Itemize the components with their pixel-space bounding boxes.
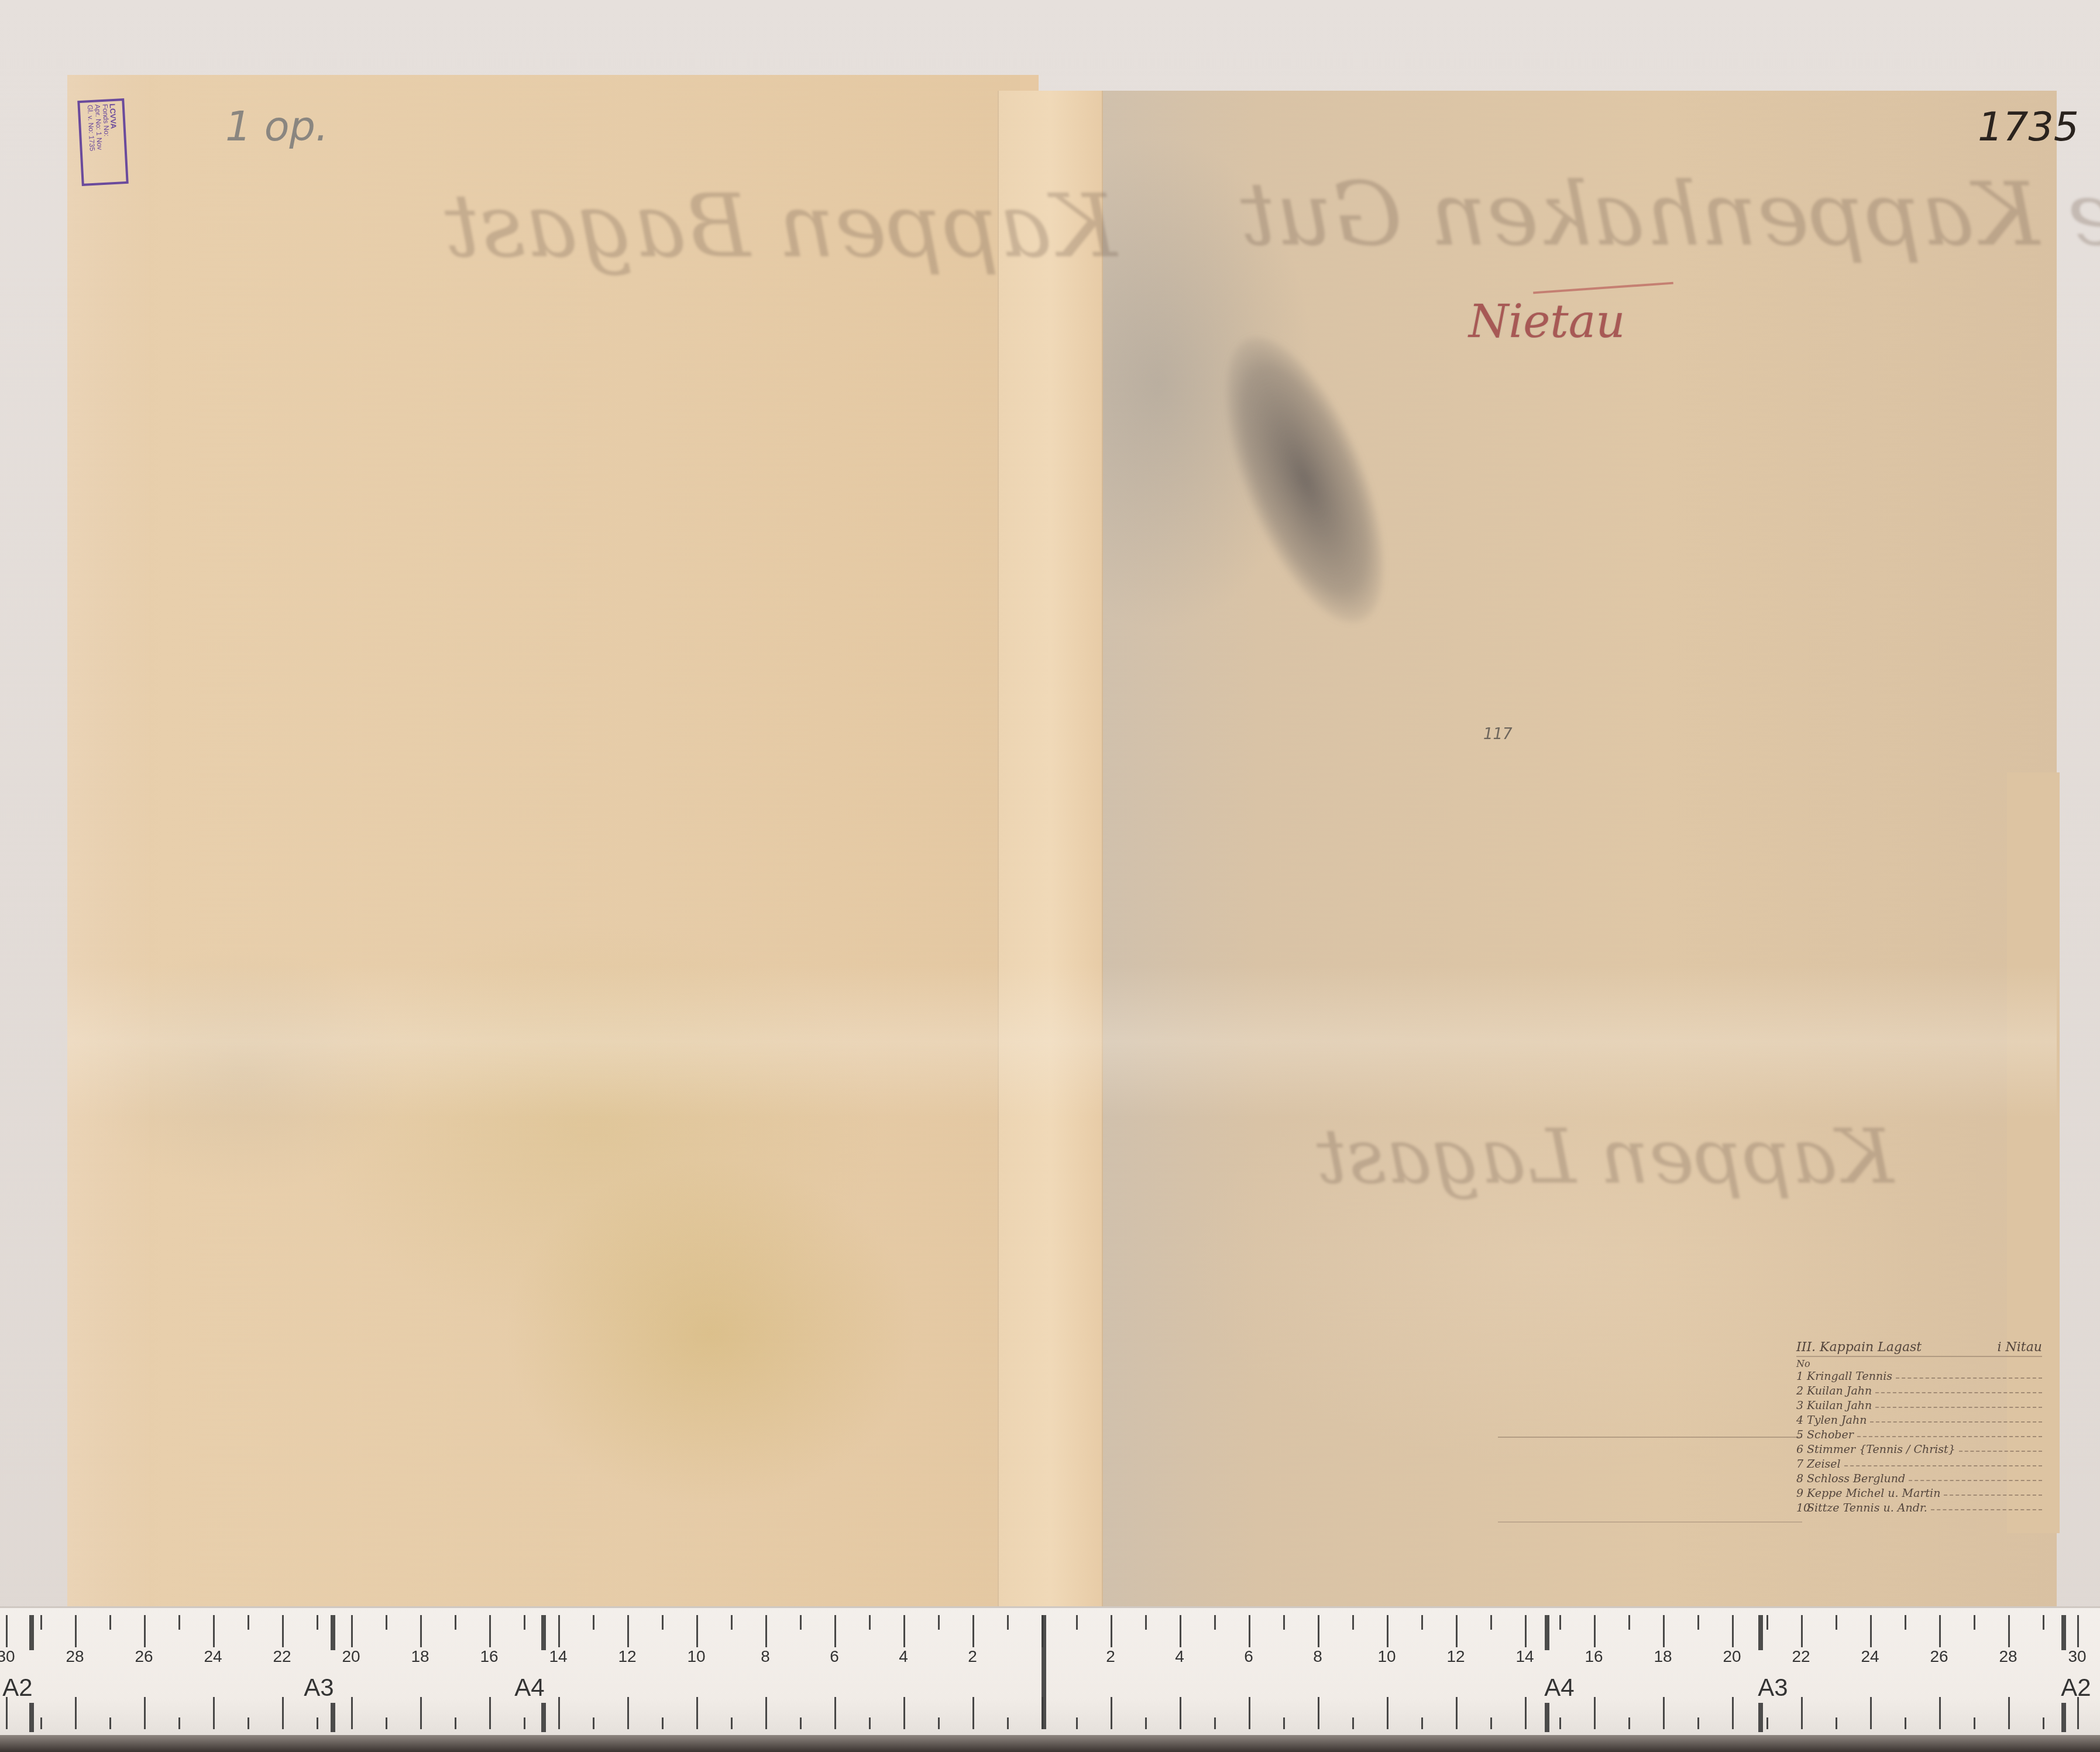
ruler-tick xyxy=(455,1615,456,1630)
ruler-tick xyxy=(1145,1717,1147,1729)
list-item: 9Keppe Michel u. Martin xyxy=(1796,1486,2042,1501)
catalog-number: 1735 xyxy=(1978,104,2079,150)
ruler-number: 30 xyxy=(0,1647,15,1666)
ruler-tick xyxy=(282,1697,284,1729)
ruler-tick xyxy=(489,1615,491,1647)
ruler-tick xyxy=(1525,1615,1527,1647)
ruler-tick xyxy=(1559,1615,1561,1630)
ruler-tick xyxy=(1939,1697,1941,1729)
ruler-tick xyxy=(903,1615,905,1647)
format-mark xyxy=(331,1615,335,1650)
ruler-tick xyxy=(1076,1717,1078,1729)
ruler-number: 8 xyxy=(761,1647,770,1666)
list-item: 6Stimmer {Tennis / Christ} xyxy=(1796,1442,2042,1457)
ruler-tick xyxy=(2077,1615,2079,1647)
list-item: 10Sittze Tennis u. Andr. xyxy=(1796,1501,2042,1516)
ruler-tick xyxy=(1076,1615,1078,1630)
ruler-tick xyxy=(455,1717,456,1729)
ruler-tick xyxy=(1732,1615,1734,1647)
ruler-number: 26 xyxy=(135,1647,153,1666)
ruler-number: 12 xyxy=(618,1647,636,1666)
ruler-number: 20 xyxy=(1723,1647,1741,1666)
ruler-tick xyxy=(109,1717,111,1729)
ruler-tick xyxy=(1939,1615,1941,1647)
fold-crease xyxy=(67,966,2057,1118)
ruler-tick xyxy=(1697,1615,1699,1630)
ruler-number: 30 xyxy=(2068,1647,2086,1666)
ruler-tick xyxy=(2043,1717,2044,1729)
ruler-number: 10 xyxy=(687,1647,705,1666)
ruler-tick xyxy=(938,1717,940,1729)
ruler-tick xyxy=(765,1697,767,1729)
ruler-tick xyxy=(869,1615,871,1630)
ruler-tick xyxy=(1283,1717,1285,1729)
ruler-tick xyxy=(40,1717,42,1729)
ruler-number: 4 xyxy=(1175,1647,1184,1666)
ruler-tick xyxy=(1249,1615,1250,1647)
ruler-tick xyxy=(2008,1615,2010,1647)
paper-format-label: A4 xyxy=(1544,1674,1574,1702)
ruler-tick xyxy=(144,1615,146,1647)
ruler-tick xyxy=(213,1615,215,1647)
ruler-tick xyxy=(558,1697,560,1729)
ruler-number: 18 xyxy=(411,1647,429,1666)
ruler-tick xyxy=(1456,1697,1458,1729)
ruler-tick xyxy=(558,1615,560,1647)
ruler-number: 24 xyxy=(204,1647,222,1666)
ruler-tick xyxy=(1663,1615,1665,1647)
ruler-tick xyxy=(731,1717,733,1729)
ruler-tick xyxy=(1628,1717,1630,1729)
ruler-tick xyxy=(1559,1717,1561,1729)
ruler-tick xyxy=(1594,1615,1596,1647)
ruler-number: 12 xyxy=(1446,1647,1465,1666)
ruler-tick xyxy=(903,1697,905,1729)
ruler-number: 28 xyxy=(66,1647,84,1666)
format-mark xyxy=(1758,1615,1763,1650)
ruler-number: 16 xyxy=(1585,1647,1603,1666)
ruler-tick xyxy=(696,1697,698,1729)
ruler-tick xyxy=(1732,1697,1734,1729)
ruler-tick xyxy=(248,1717,249,1729)
format-mark xyxy=(331,1703,335,1732)
ruler-tick xyxy=(662,1615,664,1630)
ruler-tick xyxy=(662,1717,664,1729)
show-through-title-right: Adlige Kappenhaken Gut xyxy=(1240,164,2100,266)
ruler-tick xyxy=(1801,1615,1803,1647)
ruler-tick xyxy=(1318,1615,1319,1647)
ruler-number: 14 xyxy=(549,1647,567,1666)
center-joining-strip xyxy=(998,91,1103,1606)
ruler-tick xyxy=(1905,1615,1906,1630)
list-item: 2Kuilan Jahn xyxy=(1796,1384,2042,1399)
format-mark xyxy=(1545,1703,1549,1732)
ruler-number: 26 xyxy=(1930,1647,1948,1666)
ruler-tick xyxy=(627,1697,629,1729)
list-item: 3Kuilan Jahn xyxy=(1796,1399,2042,1413)
ruler-tick xyxy=(1766,1717,1768,1729)
pencil-annotation: 1 op. xyxy=(225,102,328,150)
ruler-tick xyxy=(696,1615,698,1647)
format-mark xyxy=(2061,1703,2066,1732)
number-column-label: No xyxy=(1796,1358,2042,1369)
ruler-tick xyxy=(2077,1697,2079,1729)
ruler-tick xyxy=(1490,1717,1492,1729)
ruler-number: 22 xyxy=(1792,1647,1810,1666)
ruler-tick xyxy=(317,1615,318,1630)
ruler-tick xyxy=(178,1615,180,1630)
ruler-number: 16 xyxy=(480,1647,498,1666)
ruler-tick xyxy=(1111,1615,1112,1647)
ruler-tick xyxy=(317,1717,318,1729)
show-through-title-left: Kappen Bagast xyxy=(445,176,1117,277)
ruler-tick xyxy=(2008,1697,2010,1729)
ruler-tick xyxy=(1697,1717,1699,1729)
ruler-tick xyxy=(282,1615,284,1647)
ruler-tick xyxy=(6,1615,8,1647)
ruler-tick xyxy=(1974,1615,1975,1630)
ruler-tick xyxy=(40,1615,42,1630)
ruler-tick xyxy=(1905,1717,1906,1729)
ruler-number: 2 xyxy=(968,1647,977,1666)
ruler-tick xyxy=(420,1697,422,1729)
ruler-tick xyxy=(1801,1697,1803,1729)
paper-format-label: A3 xyxy=(1758,1674,1788,1702)
ruler-tick xyxy=(1007,1717,1009,1729)
ruler-tick xyxy=(420,1615,422,1647)
ruler-tick xyxy=(351,1697,353,1729)
ruler-tick xyxy=(1870,1697,1872,1729)
ruler-tick xyxy=(75,1697,77,1729)
ruler-tick xyxy=(1766,1615,1768,1630)
ruler-number: 18 xyxy=(1654,1647,1672,1666)
format-mark xyxy=(29,1615,34,1650)
format-mark xyxy=(29,1703,34,1732)
ruler-tick xyxy=(1870,1615,1872,1647)
ruler-tick xyxy=(1456,1615,1458,1647)
place-name-label: Nietau xyxy=(1469,296,1625,348)
ruler-tick xyxy=(1836,1615,1837,1630)
pencil-number: 117 xyxy=(1483,726,1513,743)
ruler-tick xyxy=(627,1615,629,1647)
ruler-tick xyxy=(1283,1615,1285,1630)
left-sheet-edge xyxy=(67,75,149,1608)
measuring-ruler xyxy=(0,1606,2100,1737)
ruler-tick xyxy=(144,1697,146,1729)
ruler-tick xyxy=(1180,1697,1181,1729)
paper-format-label: A2 xyxy=(2,1674,32,1702)
ruler-tick xyxy=(1836,1717,1837,1729)
ruler-tick xyxy=(489,1697,491,1729)
ruler-tick xyxy=(1214,1717,1216,1729)
ruler-tick xyxy=(765,1615,767,1647)
ruler-tick xyxy=(178,1717,180,1729)
list-item: 7Zeisel xyxy=(1796,1457,2042,1472)
ruler-tick xyxy=(1249,1697,1250,1729)
ruler-tick xyxy=(1387,1615,1388,1647)
list-title: III. Kappain Lagast xyxy=(1796,1340,1922,1355)
format-mark xyxy=(541,1703,546,1732)
ruler-tick xyxy=(1318,1697,1319,1729)
format-mark xyxy=(541,1615,546,1650)
ruler-tick xyxy=(834,1697,836,1729)
list-item: 8Schloss Berglund xyxy=(1796,1472,2042,1486)
ruler-tick xyxy=(1214,1615,1216,1630)
paper-format-label: A3 xyxy=(304,1674,334,1702)
ruler-tick xyxy=(1111,1697,1112,1729)
ruler-tick xyxy=(351,1615,353,1647)
ruler-tick xyxy=(1421,1717,1423,1729)
list-location: i Nitau xyxy=(1998,1340,2042,1355)
ruler-tick xyxy=(1525,1697,1527,1729)
paper-format-label: A4 xyxy=(514,1674,544,1702)
ruler-tick xyxy=(1594,1697,1596,1729)
list-item: 4Tylen Jahn xyxy=(1796,1413,2042,1428)
format-mark xyxy=(2061,1615,2066,1650)
ruler-tick xyxy=(386,1717,387,1729)
ruled-line xyxy=(1498,1437,1802,1438)
ruler-shadow xyxy=(0,1735,2100,1752)
ruler-tick xyxy=(731,1615,733,1630)
ruler-tick xyxy=(1352,1717,1354,1729)
ruler-tick xyxy=(869,1717,871,1729)
ruler-tick xyxy=(834,1615,836,1647)
ruler-tick xyxy=(1974,1717,1975,1729)
ruler-tick xyxy=(386,1615,387,1630)
ruler-tick xyxy=(800,1615,802,1630)
ruler-number: 6 xyxy=(830,1647,839,1666)
ruler-tick xyxy=(1007,1615,1009,1630)
ruler-number: 14 xyxy=(1515,1647,1534,1666)
ruler-tick xyxy=(1490,1615,1492,1630)
ruler-tick xyxy=(213,1697,215,1729)
paper-format-label: A2 xyxy=(2061,1674,2091,1702)
show-through-bottom-text: Kappen Lagast xyxy=(1317,1112,1894,1201)
format-mark xyxy=(1758,1703,1763,1732)
ruler-tick xyxy=(1145,1615,1147,1630)
ruler-tick xyxy=(1628,1615,1630,1630)
ruler-center-mark xyxy=(1042,1615,1046,1729)
ruler-tick xyxy=(524,1615,525,1630)
ruler-tick xyxy=(800,1717,802,1729)
ruler-tick xyxy=(1352,1615,1354,1630)
ruler-tick xyxy=(1421,1615,1423,1630)
ruler-number: 8 xyxy=(1313,1647,1322,1666)
archive-stamp: LCVVA Fonds No: Apr. No: 1 Nov Gl. v. No… xyxy=(77,98,129,186)
ruler-tick xyxy=(109,1615,111,1630)
format-mark xyxy=(1545,1615,1549,1650)
ruler-tick xyxy=(1387,1697,1388,1729)
ruler-number: 10 xyxy=(1377,1647,1396,1666)
ruler-tick xyxy=(6,1697,8,1729)
ruler-tick xyxy=(938,1615,940,1630)
ruler-tick xyxy=(972,1697,974,1729)
left-map-sheet xyxy=(67,75,1020,1608)
ruler-number: 28 xyxy=(1999,1647,2017,1666)
estate-list: III. Kappain Lagast i Nitau No 1Kringall… xyxy=(1796,1340,2042,1516)
ruler-tick xyxy=(524,1717,525,1729)
ruler-tick xyxy=(2043,1615,2044,1630)
ruler-number: 6 xyxy=(1244,1647,1253,1666)
list-header: III. Kappain Lagast i Nitau xyxy=(1796,1340,2042,1357)
ruler-number: 4 xyxy=(899,1647,908,1666)
ruler-tick xyxy=(593,1615,594,1630)
ruler-number: 22 xyxy=(273,1647,291,1666)
ruler-number: 24 xyxy=(1861,1647,1879,1666)
list-item: 5Schober xyxy=(1796,1428,2042,1442)
list-item: 1Kringall Tennis xyxy=(1796,1369,2042,1384)
ruler-tick xyxy=(248,1615,249,1630)
ruler-tick xyxy=(75,1615,77,1647)
ruler-tick xyxy=(593,1717,594,1729)
ruler-tick xyxy=(972,1615,974,1647)
ruled-line xyxy=(1498,1521,1802,1523)
ruler-number: 2 xyxy=(1106,1647,1115,1666)
ruler-tick xyxy=(1663,1697,1665,1729)
ruler-tick xyxy=(1180,1615,1181,1647)
ruler-number: 20 xyxy=(342,1647,360,1666)
